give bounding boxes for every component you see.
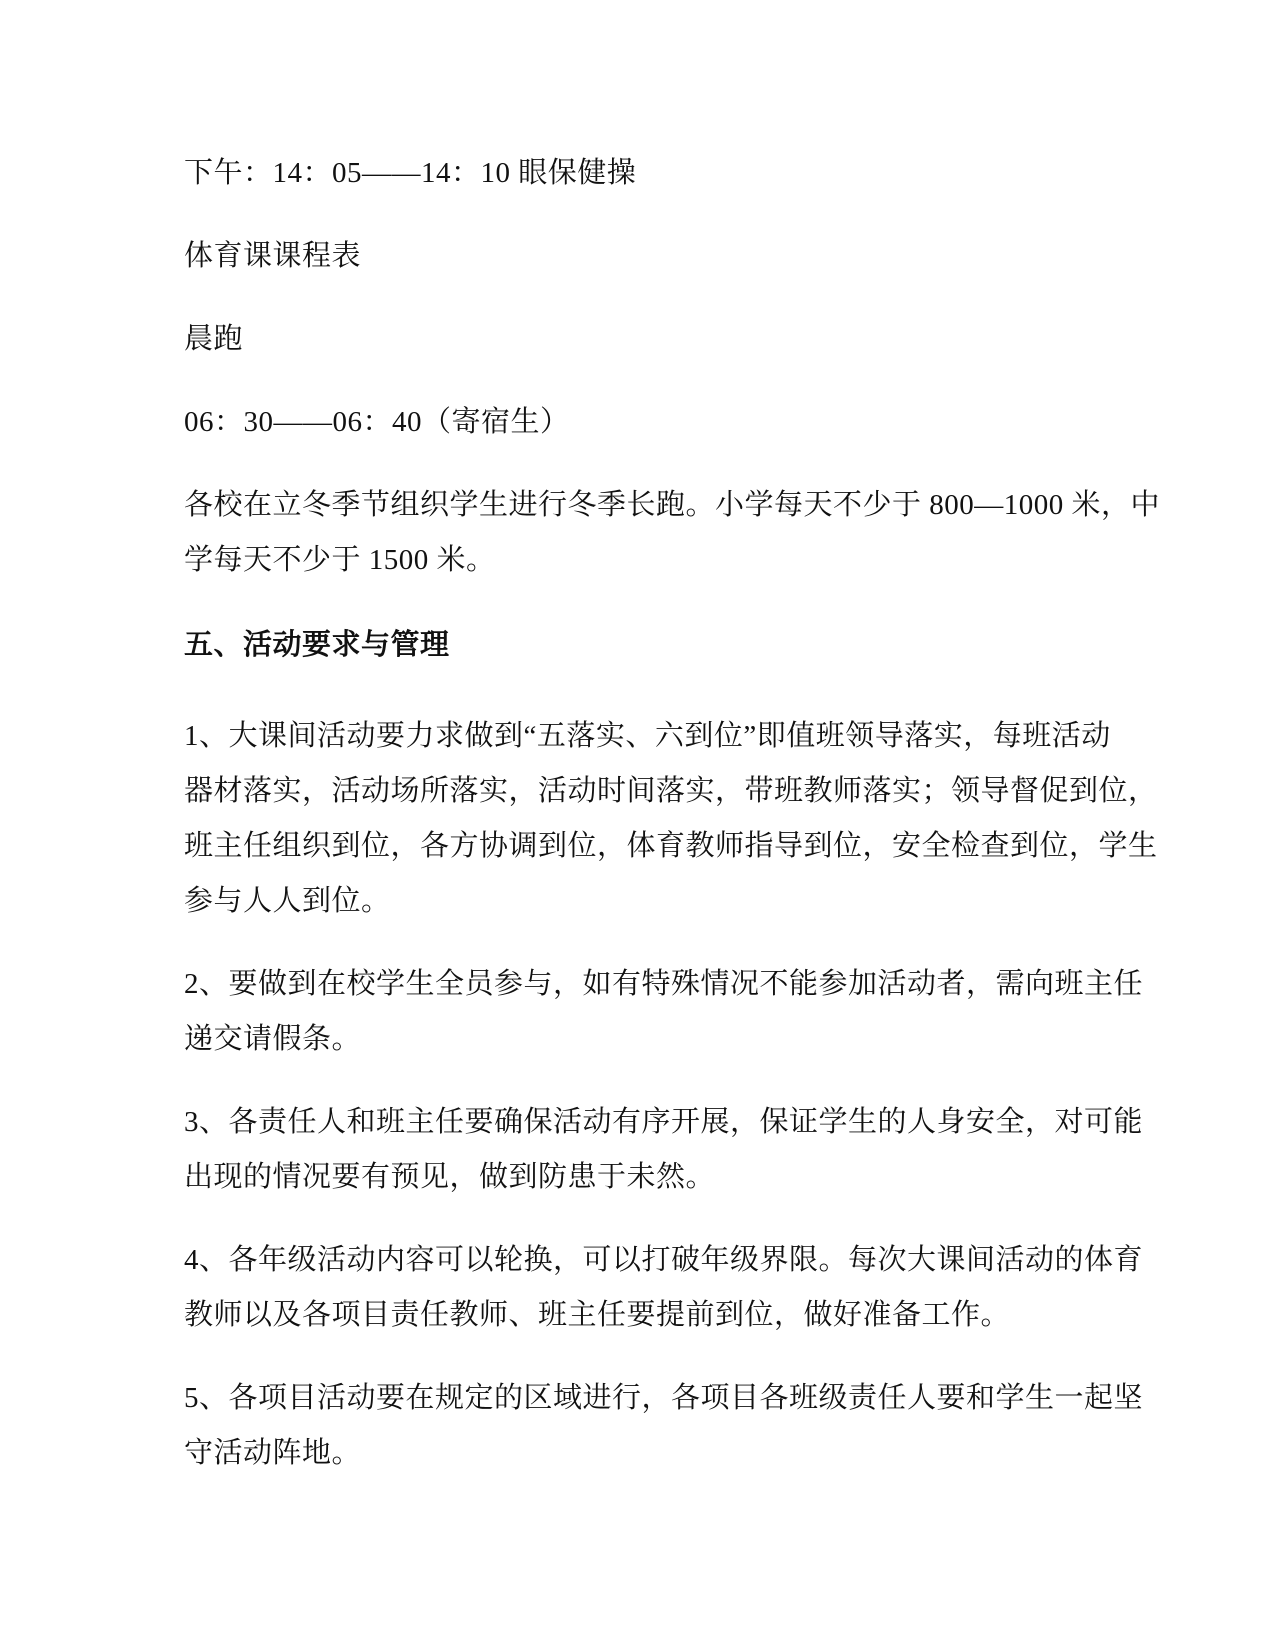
text-line: 1、大课间活动要力求做到“五落实、六到位”即值班领导落实，每班活动: [184, 709, 1099, 764]
text-line: 2、要做到在校学生全员参与，如有特殊情况不能参加活动者，需向班主任: [184, 957, 1099, 1012]
text-line: 守活动阵地。: [184, 1426, 1099, 1481]
document-page: 下午：14：05——14：10 眼保健操体育课课程表晨跑06：30——06：40…: [0, 0, 1275, 1650]
text-line: 体育课课程表: [184, 229, 1099, 284]
text-line: 五、活动要求与管理: [184, 618, 1099, 673]
text-line: 教师以及各项目责任教师、班主任要提前到位，做好准备工作。: [184, 1288, 1099, 1343]
text-line: 06：30——06：40（寄宿生）: [184, 395, 1099, 450]
paragraph: 晨跑: [184, 312, 1099, 367]
paragraph: 06：30——06：40（寄宿生）: [184, 395, 1099, 450]
paragraph: 5、各项目活动要在规定的区域进行，各项目各班级责任人要和学生一起坚守活动阵地。: [184, 1371, 1099, 1481]
text-line: 班主任组织到位，各方协调到位，体育教师指导到位，安全检查到位，学生: [184, 819, 1099, 874]
text-line: 3、各责任人和班主任要确保活动有序开展，保证学生的人身安全，对可能: [184, 1095, 1099, 1150]
text-line: 5、各项目活动要在规定的区域进行，各项目各班级责任人要和学生一起坚: [184, 1371, 1099, 1426]
text-line: 晨跑: [184, 312, 1099, 367]
text-line: 4、各年级活动内容可以轮换，可以打破年级界限。每次大课间活动的体育: [184, 1233, 1099, 1288]
text-line: 学每天不少于 1500 米。: [184, 533, 1099, 588]
text-line: 参与人人到位。: [184, 874, 1099, 929]
document-body: 下午：14：05——14：10 眼保健操体育课课程表晨跑06：30——06：40…: [184, 146, 1099, 1481]
section-heading: 五、活动要求与管理: [184, 618, 1099, 673]
text-line: 递交请假条。: [184, 1012, 1099, 1067]
paragraph: 各校在立冬季节组织学生进行冬季长跑。小学每天不少于 800—1000 米，中学每…: [184, 478, 1099, 588]
paragraph: 下午：14：05——14：10 眼保健操: [184, 146, 1099, 201]
paragraph: 4、各年级活动内容可以轮换，可以打破年级界限。每次大课间活动的体育教师以及各项目…: [184, 1233, 1099, 1343]
text-line: 各校在立冬季节组织学生进行冬季长跑。小学每天不少于 800—1000 米，中: [184, 478, 1099, 533]
paragraph: 体育课课程表: [184, 229, 1099, 284]
text-line: 下午：14：05——14：10 眼保健操: [184, 146, 1099, 201]
paragraph: 2、要做到在校学生全员参与，如有特殊情况不能参加活动者，需向班主任递交请假条。: [184, 957, 1099, 1067]
text-line: 器材落实，活动场所落实，活动时间落实，带班教师落实；领导督促到位，: [184, 764, 1099, 819]
paragraph: 3、各责任人和班主任要确保活动有序开展，保证学生的人身安全，对可能出现的情况要有…: [184, 1095, 1099, 1205]
text-line: 出现的情况要有预见，做到防患于未然。: [184, 1150, 1099, 1205]
paragraph: 1、大课间活动要力求做到“五落实、六到位”即值班领导落实，每班活动器材落实，活动…: [184, 709, 1099, 929]
